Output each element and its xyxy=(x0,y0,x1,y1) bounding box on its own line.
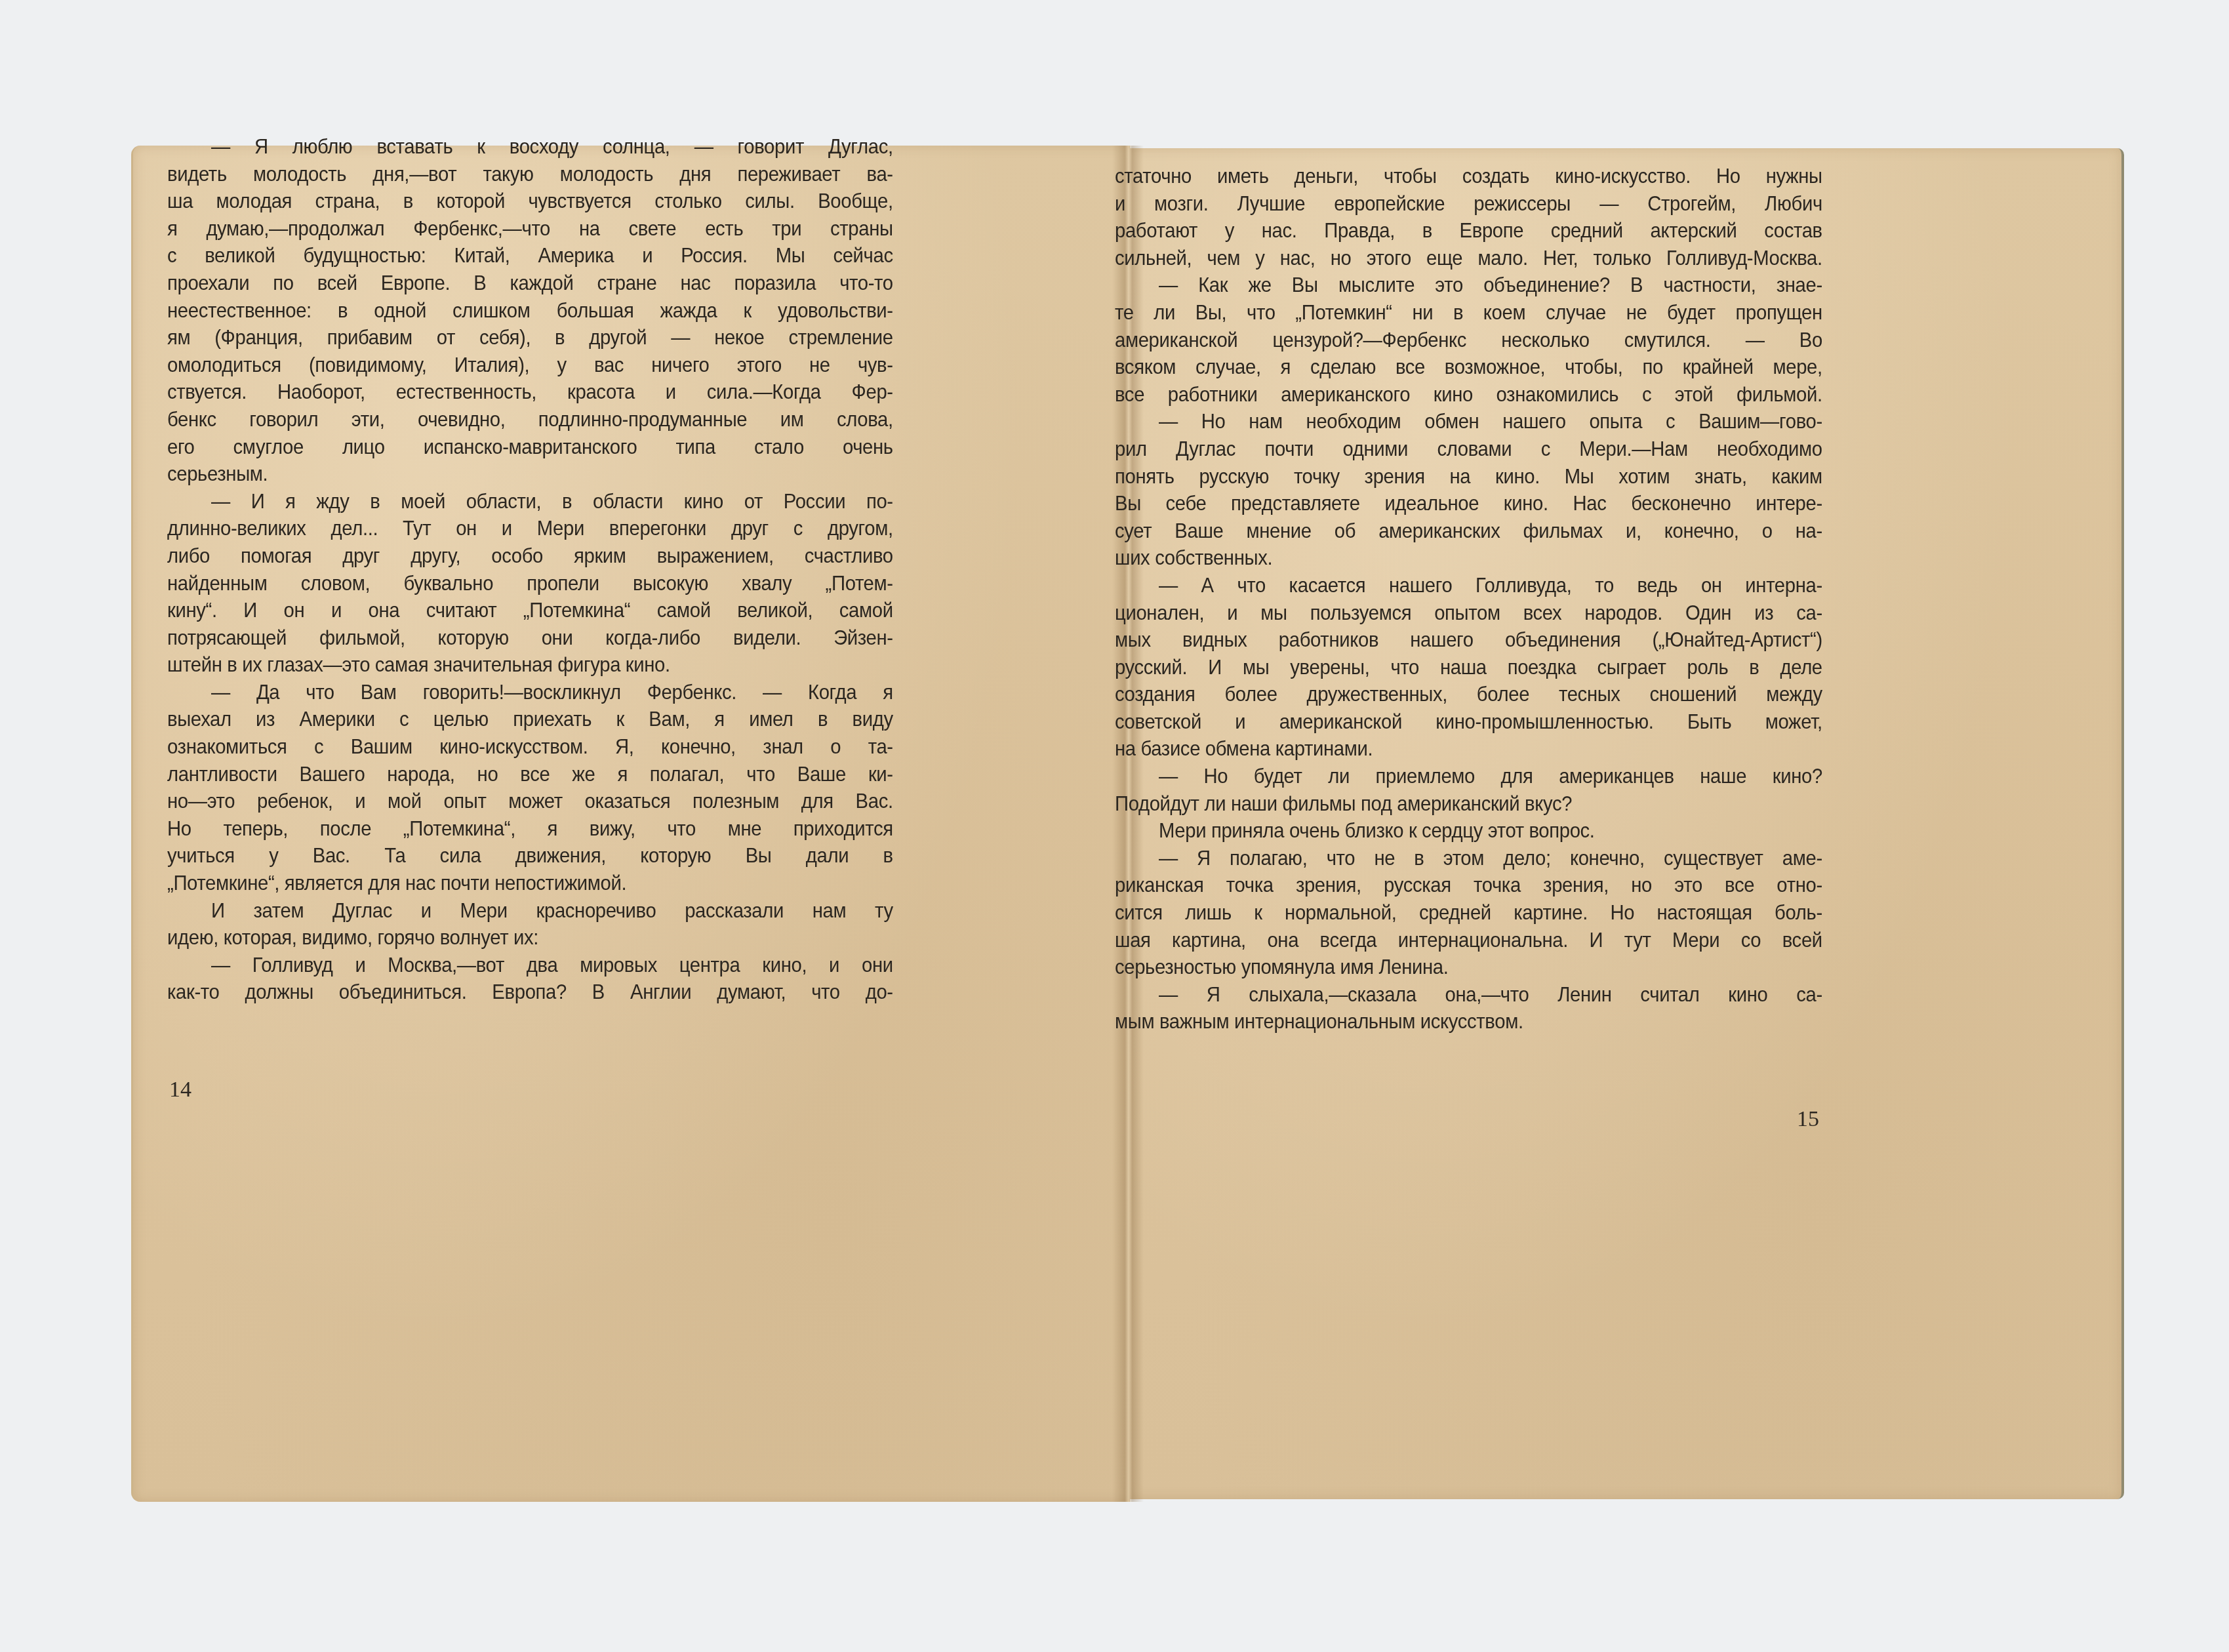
text-line: Вы себе представляете идеальное кино. На… xyxy=(1115,490,1822,517)
text-line: понять русскую точку зрения на кино. Мы … xyxy=(1115,463,1822,491)
text-line: Подойдут ли наши фильмы под американский… xyxy=(1115,790,1822,818)
text-line: американской цензурой?—Фербенкс нескольк… xyxy=(1115,327,1822,354)
text-line: но—это ребенок, и мой опыт может оказать… xyxy=(167,788,893,815)
text-line: Мери приняла очень близко к сердцу этот … xyxy=(1115,817,1822,845)
text-line: серьезным. xyxy=(167,460,893,488)
text-line: и мозги. Лучшие европейские режиссеры — … xyxy=(1115,190,1822,218)
text-line: советской и американской кино-промышленн… xyxy=(1115,708,1822,736)
text-line: длинно-великих дел... Тут он и Мери впер… xyxy=(167,515,893,542)
text-line: кину“. И он и она считают „Потемкина“ са… xyxy=(167,597,893,624)
text-line: как-то должны объединиться. Европа? В Ан… xyxy=(167,978,893,1006)
right-page-text: статочно иметь деньги, чтобы создать кин… xyxy=(1115,163,1822,1036)
text-line: рил Дуглас почти одними словами с Мери.—… xyxy=(1115,435,1822,463)
text-line: те ли Вы, что „Потемкин“ ни в коем случа… xyxy=(1115,299,1822,327)
page-number-left: 14 xyxy=(169,1078,191,1102)
text-line: — Как же Вы мыслите это объединение? В ч… xyxy=(1115,272,1822,299)
text-line: ших собственных. xyxy=(1115,544,1822,572)
text-line: работают у нас. Правда, в Европе средний… xyxy=(1115,217,1822,245)
page-number-right: 15 xyxy=(1797,1107,1819,1132)
text-line: — Я слыхала,—сказала она,—что Ленин счит… xyxy=(1115,981,1822,1009)
text-line: сильней, чем у нас, но этого еще мало. Н… xyxy=(1115,245,1822,272)
text-line: — Да что Вам говорить!—воскликнул Фербен… xyxy=(167,679,893,706)
text-line: потрясающей фильмой, которую они когда-л… xyxy=(167,624,893,652)
text-line: серьезностью упомянула имя Ленина. xyxy=(1115,954,1822,981)
text-line: на базисе обмена картинами. xyxy=(1115,735,1822,763)
left-page-text: — Я люблю вставать к восходу солнца, — г… xyxy=(167,133,893,1006)
text-line: ям (Франция, прибавим от себя), в другой… xyxy=(167,324,893,352)
text-line: ша молодая страна, в которой чувствуется… xyxy=(167,188,893,215)
text-line: „Потемкине“, является для нас почти непо… xyxy=(167,870,893,897)
text-line: учиться у Вас. Та сила движения, которую… xyxy=(167,842,893,870)
text-line: — Я люблю вставать к восходу солнца, — г… xyxy=(167,133,893,161)
text-line: омолодиться (повидимому, Италия), у вас … xyxy=(167,352,893,379)
text-line: бенкс говорил эти, очевидно, подлинно-пр… xyxy=(167,406,893,433)
text-line: статочно иметь деньги, чтобы создать кин… xyxy=(1115,163,1822,190)
text-line: мым важным интернациональным искусством. xyxy=(1115,1008,1822,1036)
text-line: — И я жду в моей области, в области кино… xyxy=(167,488,893,515)
text-line: мых видных работников нашего объединения… xyxy=(1115,626,1822,654)
text-line: неестественное: в одной слишком большая … xyxy=(167,297,893,325)
text-line: выехал из Америки с целью приехать к Вам… xyxy=(167,706,893,733)
text-line: риканская точка зрения, русская точка зр… xyxy=(1115,872,1822,899)
text-line: ствуется. Наоборот, естественность, крас… xyxy=(167,378,893,406)
text-line: шая картина, она всегда интернациональна… xyxy=(1115,927,1822,954)
text-line: — Но будет ли приемлемо для американцев … xyxy=(1115,763,1822,790)
text-line: ционален, и мы пользуемся опытом всех на… xyxy=(1115,599,1822,627)
text-line: Но теперь, после „Потемкина“, я вижу, чт… xyxy=(167,815,893,843)
text-line: — А что касается нашего Голливуда, то ве… xyxy=(1115,572,1822,599)
text-line: все работники американского кино ознаком… xyxy=(1115,381,1822,409)
text-line: сится лишь к нормальной, средней картине… xyxy=(1115,899,1822,927)
text-line: И затем Дуглас и Мери красноречиво расск… xyxy=(167,897,893,925)
text-line: штейн в их глазах—это самая значительная… xyxy=(167,651,893,679)
text-line: я думаю,—продолжал Фербенкс,—что на свет… xyxy=(167,215,893,243)
text-line: его смуглое лицо испанско-мавританского … xyxy=(167,433,893,461)
text-line: с великой будущностью: Китай, Америка и … xyxy=(167,242,893,270)
text-line: ознакомиться с Вашим кино-искусством. Я,… xyxy=(167,733,893,761)
text-line: найденным словом, буквально пропели высо… xyxy=(167,570,893,597)
text-line: видеть молодость дня,—вот такую молодост… xyxy=(167,161,893,188)
text-line: — Я полагаю, что не в этом дело; конечно… xyxy=(1115,845,1822,872)
text-line: либо помогая друг другу, особо ярким выр… xyxy=(167,542,893,570)
text-line: идею, которая, видимо, горячо волнует их… xyxy=(167,924,893,952)
text-line: лантливости Вашего народа, но все же я п… xyxy=(167,761,893,788)
text-line: — Но нам необходим обмен нашего опыта с … xyxy=(1115,408,1822,435)
text-line: русский. И мы уверены, что наша поездка … xyxy=(1115,654,1822,681)
text-line: всяком случае, я сделаю все возможное, ч… xyxy=(1115,353,1822,381)
text-line: создания более дружественных, более тесн… xyxy=(1115,681,1822,708)
text-line: — Голливуд и Москва,—вот два мировых цен… xyxy=(167,952,893,979)
text-line: проехали по всей Европе. В каждой стране… xyxy=(167,270,893,297)
text-line: сует Ваше мнение об американских фильмах… xyxy=(1115,517,1822,545)
